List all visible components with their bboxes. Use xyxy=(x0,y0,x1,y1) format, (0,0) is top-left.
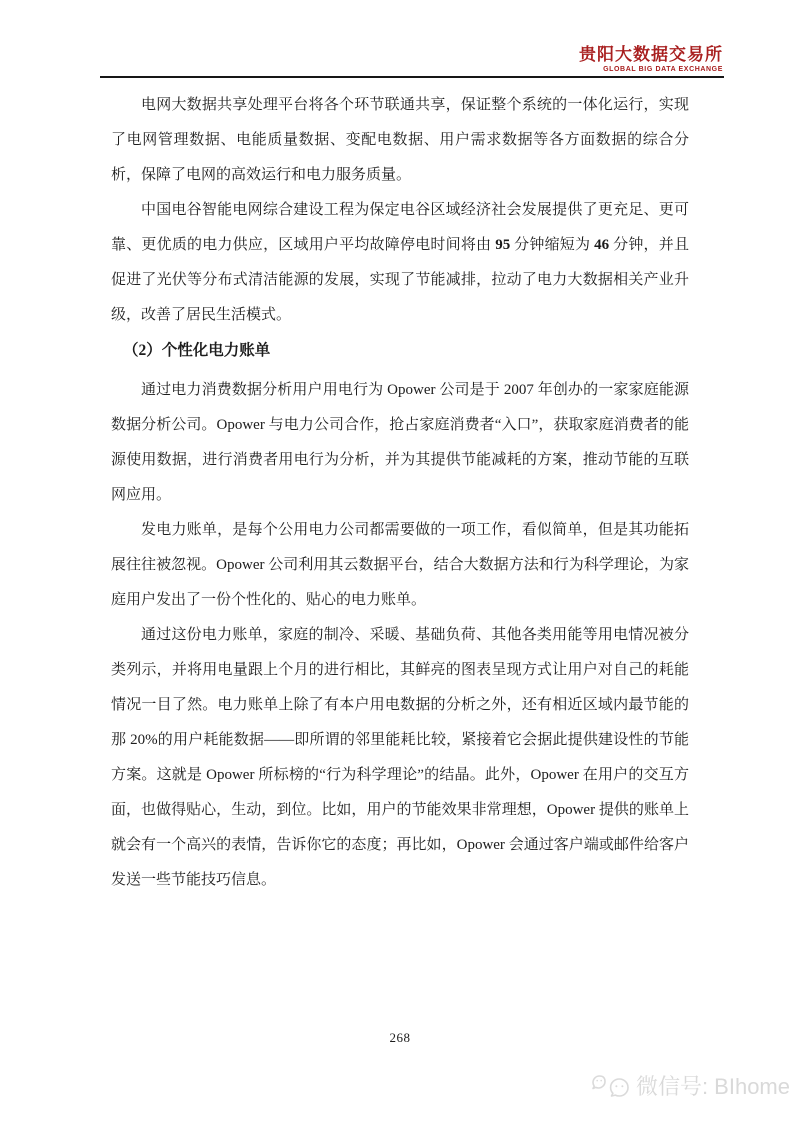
minutes-after-value: 46 xyxy=(594,237,609,253)
exchange-logo: 贵阳大数据交易所 GLOBAL BIG DATA EXCHANGE xyxy=(579,46,723,73)
wechat-icon xyxy=(592,1071,630,1101)
paragraph-segment: 分钟缩短为 xyxy=(510,237,594,253)
paragraph-opower-bill: 发电力账单，是每个公用电力公司都需要做的一项工作，看似简单，但是其功能拓展往往被… xyxy=(111,513,689,618)
header-divider xyxy=(100,76,724,78)
wechat-watermark: 微信号: BIhome xyxy=(592,1070,790,1101)
paragraph-china-power-valley: 中国电谷智能电网综合建设工程为保定电谷区域经济社会发展提供了更充足、更可靠、更优… xyxy=(111,193,689,333)
paragraph-bill-details: 通过这份电力账单，家庭的制冷、采暖、基础负荷、其他各类用能等用电情况被分类列示，… xyxy=(111,618,689,898)
paragraph-grid-platform: 电网大数据共享处理平台将各个环节联通共享，保证整个系统的一体化运行，实现了电网管… xyxy=(111,88,689,193)
document-content: 电网大数据共享处理平台将各个环节联通共享，保证整个系统的一体化运行，实现了电网管… xyxy=(111,88,689,898)
exchange-logo-title: 贵阳大数据交易所 xyxy=(579,46,723,64)
paragraph-opower-intro: 通过电力消费数据分析用户用电行为 Opower 公司是于 2007 年创办的一家… xyxy=(111,373,689,513)
minutes-before-value: 95 xyxy=(495,237,510,253)
document-page: { "header": { "logo_title": "贵阳大数据交易所", … xyxy=(0,0,800,1131)
exchange-logo-subtitle: GLOBAL BIG DATA EXCHANGE xyxy=(579,66,723,73)
wechat-id-label: 微信号: BIhome xyxy=(636,1070,790,1101)
section-heading-personalized-bill: （2）个性化电力账单 xyxy=(111,333,689,368)
page-number: 268 xyxy=(0,1030,800,1046)
